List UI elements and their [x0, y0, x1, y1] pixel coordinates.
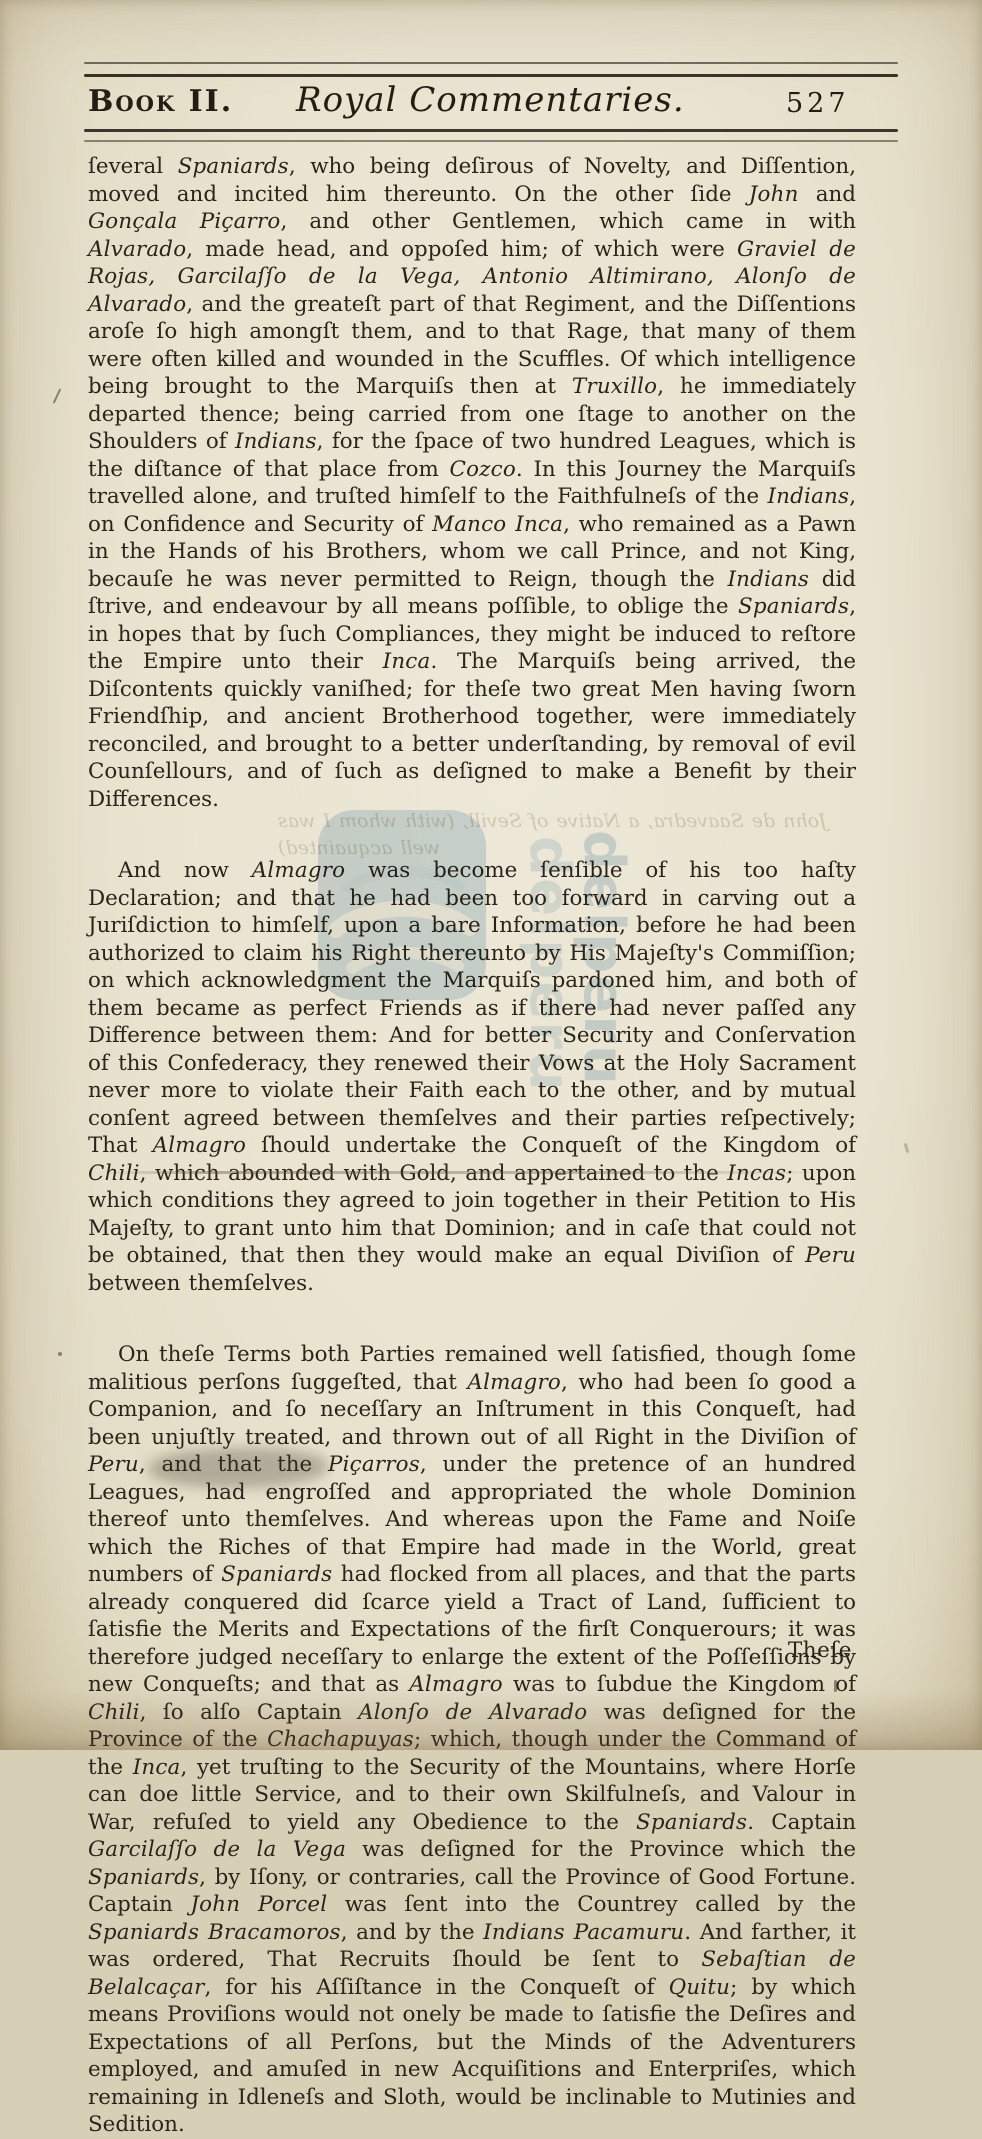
scanned-book-page: Book II. Royal Commentaries. 527 ſeveral… — [0, 0, 982, 1750]
header-rule-bottom-inner — [84, 129, 898, 132]
running-title: Royal Commentaries. — [296, 80, 685, 120]
ink-speck — [904, 1143, 909, 1153]
header-rule-top-inner — [84, 74, 898, 77]
paragraph-3: On theſe Terms both Parties remained wel… — [88, 1341, 856, 1750]
scan-streak-artifact — [96, 1171, 836, 1174]
header-rule-top-outer — [84, 62, 898, 64]
paragraph-1: ſeveral Spaniards, who being deſirous of… — [88, 153, 856, 813]
book-label: Book II. — [88, 84, 233, 119]
ink-speck — [58, 1352, 62, 1356]
watermark-logo — [318, 810, 486, 1000]
header-rule-bottom-outer — [84, 140, 898, 142]
page-number: 527 — [786, 88, 850, 119]
catchword: Theſe — [788, 1638, 852, 1663]
ink-speck — [53, 388, 62, 403]
ink-smudge — [148, 1448, 328, 1488]
page-edge-stain — [0, 1690, 982, 1750]
